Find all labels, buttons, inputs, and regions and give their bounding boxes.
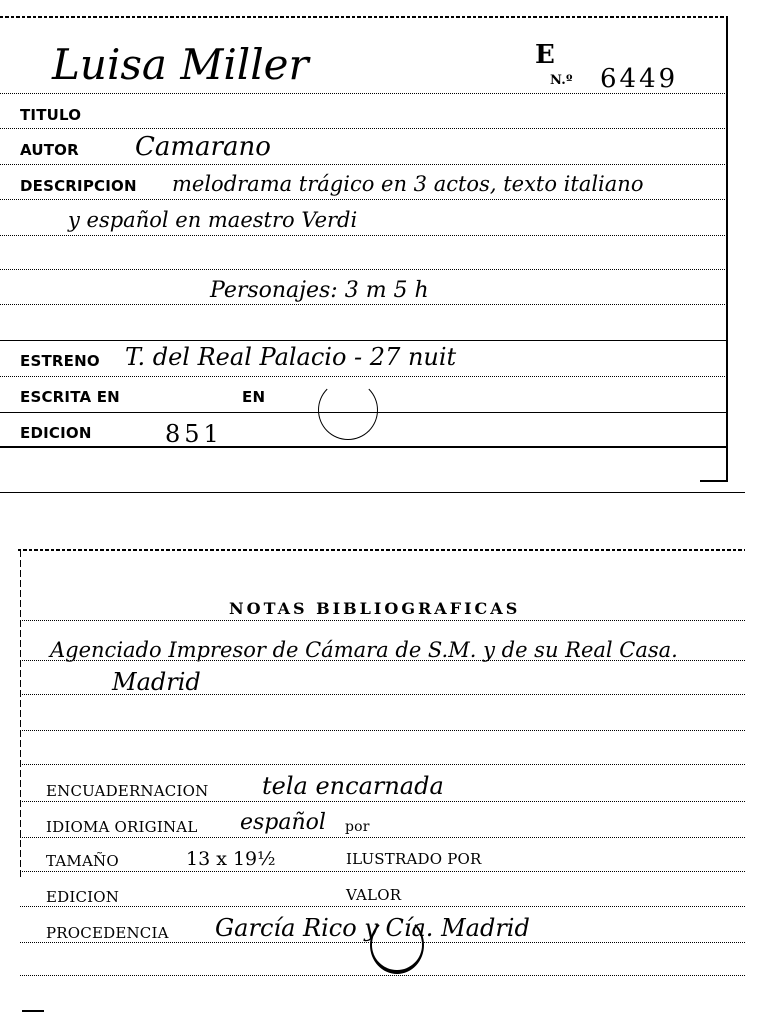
tamano-value: 13 x 19½ [186,848,276,870]
card-top-edge [18,549,745,551]
rule-edicion [0,446,727,448]
rule-idioma [20,837,745,838]
rule-bottom [20,975,745,976]
tamano-label: TAMAÑO [46,852,119,870]
rule-autor [0,164,727,165]
rule-encuadernacion [20,801,745,802]
notes-line-1: Agenciado Impresor de Cámara de S.M. y d… [50,638,678,662]
card-bottom-border [0,492,745,493]
rule-estreno [0,376,727,377]
rule-notas-3 [20,694,745,695]
rule-descripcion-3 [0,269,727,270]
punch-hole-stamp [318,380,378,440]
descripcion-line-2: y español en maestro Verdi [68,208,357,232]
rule-procedencia [20,942,745,943]
catalog-card-top: Luisa Miller E N.º 6449 TITULO AUTOR Cam… [0,0,759,500]
idioma-original-label: IDIOMA ORIGINAL [46,818,197,836]
catalog-card-bottom: NOTAS BIBLIOGRAFICAS Agenciado Impresor … [0,540,759,1028]
descripcion-line-1: melodrama trágico en 3 actos, texto ital… [172,172,643,196]
autor-label: AUTOR [20,141,79,159]
title-handwritten: Luisa Miller [52,40,309,89]
rule-descripcion-1 [0,199,727,200]
rule-edicion-2 [20,906,745,907]
catalog-letter: E [535,40,555,70]
catalog-number: 6449 [600,64,678,94]
rule-descripcion-5 [0,340,727,341]
card-bottom-mark [22,1010,44,1012]
card-top-edge [0,16,727,18]
edicion-value: 851 [165,420,223,448]
ilustrado-por-label: ILUSTRADO POR [346,850,482,868]
rule-notas-2 [20,660,745,661]
rule-descripcion-4 [0,304,727,305]
notes-line-2: Madrid [112,668,201,696]
notas-heading: NOTAS BIBLIOGRAFICAS [229,599,520,618]
card-bottom-mark [700,480,726,482]
encuadernacion-value: tela encarnada [262,772,444,800]
descripcion-label: DESCRIPCION [20,177,137,195]
rule-notas-4 [20,730,745,731]
idioma-original-value: español [240,810,326,835]
autor-value: Camarano [135,132,271,162]
punch-hole-stamp [370,916,424,974]
procedencia-label: PROCEDENCIA [46,924,169,942]
valor-label: VALOR [346,886,401,904]
edicion-label: EDICION [20,424,92,442]
estreno-label: ESTRENO [20,352,100,370]
en-label: EN [242,388,265,406]
number-label: N.º [550,73,573,88]
titulo-label: TITULO [20,106,81,124]
rule-notas-1 [20,620,745,621]
edicion-label-2: EDICION [46,888,119,906]
descripcion-line-3: Personajes: 3 m 5 h [210,278,429,303]
rule-title [0,93,727,94]
rule-notas-5 [20,764,745,765]
estreno-value: T. del Real Palacio - 27 nuit [125,343,456,371]
rule-descripcion-2 [0,235,727,236]
idioma-por-label: por [345,819,370,835]
rule-titulo [0,128,727,129]
escrita-en-label: ESCRITA EN [20,388,120,406]
encuadernacion-label: ENCUADERNACION [46,782,208,800]
card-left-border [20,550,21,880]
rule-escrita [0,412,727,413]
rule-tamano [20,871,745,872]
